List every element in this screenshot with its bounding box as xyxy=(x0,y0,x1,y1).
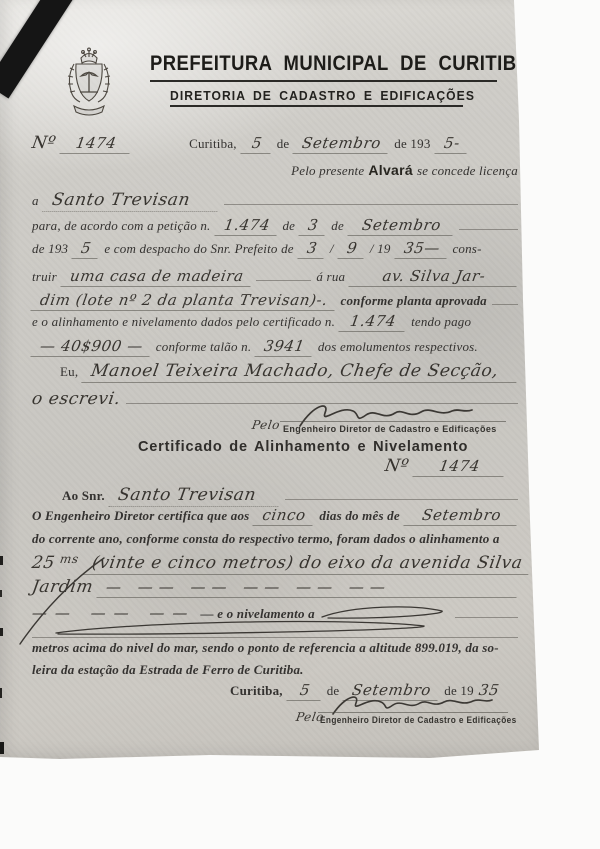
dispatch-slash1: / xyxy=(330,241,334,257)
alvara-build-line1: truir uma casa de madeira á rua av. Silv… xyxy=(32,264,518,287)
certificado-title: Certificado de Alinhamento e Nivelamento xyxy=(138,438,468,455)
alvara-clerk-line1: Eu, Manoel Teixeira Machado, Chefe de Se… xyxy=(60,361,518,383)
curitiba-coat-of-arms-icon xyxy=(56,46,122,122)
cert-b4-dashes: — —— —— —— —— —— xyxy=(97,578,520,598)
alvara-holder-line: a Santo Trevisan xyxy=(32,188,518,212)
holder-name: Santo Trevisan xyxy=(42,190,220,212)
cert-body-line1: O Engenheiro Diretor certifica que aos c… xyxy=(32,506,518,526)
scanned-document-page: { "colors": { "paper": "#cac8c3", "ink":… xyxy=(0,0,600,849)
addressee-name: Santo Trevisan xyxy=(108,485,281,507)
alvara-petition-line: para, de acordo com a petição n. 1.474 d… xyxy=(32,213,518,236)
binding-mark xyxy=(0,742,4,754)
alvara-date-de: de xyxy=(277,136,290,152)
dispatch-slash2: / 19 xyxy=(370,241,391,257)
clerk-escrevi: o escrevi. xyxy=(30,389,122,409)
alvara-number-label: Nº xyxy=(30,133,57,153)
header-subtitle-rule xyxy=(170,105,463,107)
binding-mark xyxy=(0,688,2,698)
build2-rule xyxy=(492,288,518,305)
addressee-rule xyxy=(285,483,518,500)
alvara-build-line2: dim (lote nº 2 da planta Trevisan)-. con… xyxy=(32,288,518,311)
sig2-caption: Engenheiro Diretor de Cadastro e Edifica… xyxy=(320,715,517,725)
binding-mark xyxy=(0,556,3,565)
clerk-eu: Eu, xyxy=(60,364,78,380)
align-number: 1.474 xyxy=(338,312,407,332)
build-object: uma casa de madeira xyxy=(60,267,253,287)
alvara-date-city: Curitiba, xyxy=(189,136,237,152)
grant-pre: Pelo presente xyxy=(291,163,364,178)
alvara-number-value: 1474 xyxy=(59,134,132,154)
cert-b1-month: Setembro xyxy=(403,506,519,526)
pen-stroke-artifact xyxy=(14,552,109,650)
alvara-date-day: 5 xyxy=(240,134,273,154)
binding-mark xyxy=(0,590,2,597)
header-title-rule xyxy=(150,80,497,82)
dispatch-day: 3 xyxy=(297,239,326,259)
header-title: PREFEITURA MUNICIPAL DE CURITIBA xyxy=(150,52,530,76)
alvara-dispatch-line: de 193 5 e com despacho do Snr. Prefeito… xyxy=(32,239,518,259)
cert-b5-rule xyxy=(455,601,518,618)
petition-month: Setembro xyxy=(347,216,455,236)
petition-day: 3 xyxy=(299,216,328,236)
petition-de2: de xyxy=(331,218,344,234)
scanned-paper: PREFEITURA MUNICIPAL DE CURITIBA DIRETOR… xyxy=(0,0,542,762)
grant-alvara-word: Alvará xyxy=(368,162,413,178)
alvara-date-year: 5- xyxy=(434,134,469,154)
fee-text2: dos emolumentos respectivos. xyxy=(318,339,478,355)
alvara-fee-line: — 40$900 — conforme talão n. 3941 dos em… xyxy=(32,337,518,357)
dispatch-de193: de 193 xyxy=(32,241,68,257)
cert-b1-t1: O Engenheiro Diretor certifica que aos xyxy=(32,508,249,524)
certificado-addressee-line: Ao Snr. Santo Trevisan xyxy=(62,483,518,507)
certificado-number-value: 1474 xyxy=(412,457,506,477)
binding-mark xyxy=(0,628,3,636)
build-lot: dim (lote nº 2 da planta Trevisan)-. xyxy=(30,291,337,311)
addressee-label: Ao Snr. xyxy=(62,488,105,504)
build-street: av. Silva Jar- xyxy=(349,267,520,287)
alvara-number-date-line: Nº 1474 Curitiba, 5 de Setembro de 193 5… xyxy=(32,133,518,154)
alvara-grant-line: Pelo presente Alvará se concede licença xyxy=(240,162,518,180)
cert-b1-t2: dias do mês de xyxy=(319,508,399,524)
alvara-date-de-year: de 193 xyxy=(394,136,430,152)
grant-post: se concede licença xyxy=(417,163,518,178)
dispatch-month: 9 xyxy=(337,239,366,259)
clerk-name: Manoel Teixeira Machado, Chefe de Secção… xyxy=(82,361,520,383)
align-text2: tendo pago xyxy=(411,314,471,330)
build-rule xyxy=(256,264,311,281)
header-subtitle: DIRETORIA DE CADASTRO E EDIFICAÇÕES xyxy=(170,89,475,103)
fee-text1: conforme talão n. xyxy=(156,339,251,355)
dispatch-text: e com despacho do Snr. Prefeito de xyxy=(104,241,293,257)
petition-rule xyxy=(459,213,518,230)
build-a-rua: á rua xyxy=(316,269,345,285)
build-conforme: conforme planta aprovada xyxy=(341,293,487,309)
dispatch-year2: 35— xyxy=(394,239,449,259)
cert-body-line2: do corrente ano, conforme consta do resp… xyxy=(32,531,507,547)
holder-label: a xyxy=(32,193,39,209)
fee-amount: — 40$900 — xyxy=(30,337,152,357)
fee-receipt-number: 3941 xyxy=(255,337,315,357)
dispatch-year1: 5 xyxy=(72,239,101,259)
cert-b3-rest: (vinte e cinco metros) do eixo da avenid… xyxy=(82,553,532,575)
alvara-align-line: e o alinhamento e nivelamento dados pelo… xyxy=(32,312,518,332)
sig1-pelo: Pelo xyxy=(251,418,281,432)
cert-date-day: 5 xyxy=(286,681,323,701)
certificado-number-line: Nº 1474 xyxy=(385,456,505,477)
build-truir: truir xyxy=(32,269,57,285)
dispatch-cons: cons- xyxy=(452,241,481,257)
holder-rule xyxy=(224,188,518,205)
align-text1: e o alinhamento e nivelamento dados pelo… xyxy=(32,314,335,330)
petition-de1: de xyxy=(282,218,295,234)
petition-number: 1.474 xyxy=(214,216,279,236)
cert-date-city: Curitiba, xyxy=(230,683,283,699)
sig1-rule xyxy=(280,421,506,422)
cert-altitude-line2: leira da estação da Estrada de Ferro de … xyxy=(32,662,512,678)
alvara-date-month: Setembro xyxy=(293,134,391,154)
certificado-number-label: Nº xyxy=(383,456,410,476)
cert-b1-days: cinco xyxy=(253,506,316,526)
sig1-caption: Engenheiro Diretor de Cadastro e Edifica… xyxy=(283,424,497,434)
sig2-rule xyxy=(318,712,508,713)
petition-text: para, de acordo com a petição n. xyxy=(32,218,211,234)
